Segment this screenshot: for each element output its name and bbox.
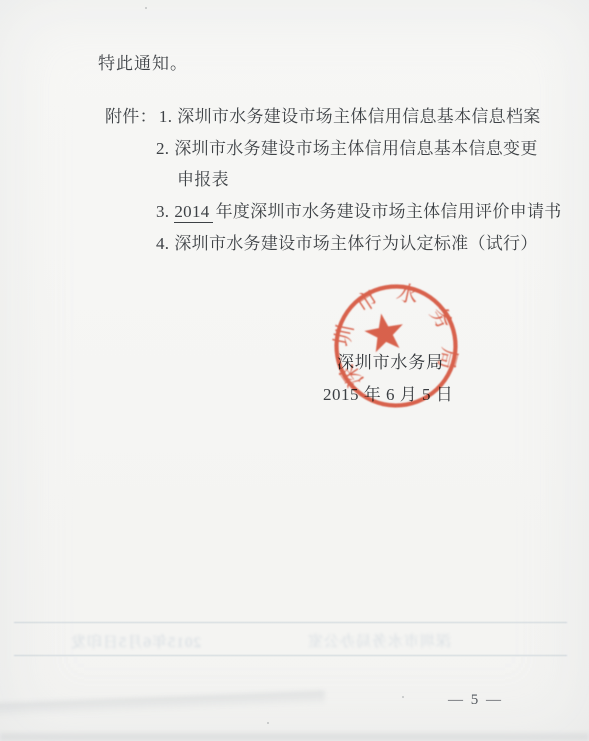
- seal-arc-text: 深圳市水务局: [321, 272, 465, 393]
- signature-org: 深圳市水务局: [337, 348, 444, 373]
- svg-text:深圳市水务局: 深圳市水务局: [321, 272, 465, 393]
- scan-speck: [267, 722, 269, 724]
- page-number: — 5 —: [448, 692, 503, 709]
- attachment-3-underlined-year: 2014: [174, 202, 212, 223]
- bleedthrough-rule-bottom: [14, 655, 567, 656]
- star-icon: [362, 310, 407, 353]
- scan-speck: [145, 7, 147, 9]
- attachment-row-1: 附件：1.深圳市水务建设市场主体信用信息基本信息档案: [105, 106, 541, 127]
- attachment-3-number: 3.: [156, 202, 169, 221]
- bleedthrough-text-left: 2015年6月5日印发: [70, 631, 201, 652]
- attachment-1-text: 深圳市水务建设市场主体信用信息基本信息档案: [177, 107, 540, 126]
- attachment-2-number: 2.: [156, 139, 169, 158]
- attachment-row-2-wrap: 申报表: [177, 169, 229, 190]
- scan-shadow-bottom-left: [0, 691, 325, 719]
- attachment-4-number: 4.: [156, 234, 169, 253]
- scan-edge-bottom: [0, 733, 589, 741]
- attachment-3-text: 年度深圳市水务建设市场主体信用评价申请书: [216, 202, 562, 221]
- attachment-row-2: 2.深圳市水务建设市场主体信用信息基本信息变更: [156, 138, 538, 159]
- attachment-2-text-line1: 深圳市水务建设市场主体信用信息基本信息变更: [174, 139, 537, 158]
- bleedthrough-rule-top: [14, 622, 567, 623]
- signature-date: 2015 年 6 月 5 日: [323, 380, 453, 405]
- scan-speck: [402, 696, 404, 698]
- bleedthrough-text-right: 深圳市水务局办公室: [307, 630, 451, 651]
- document-page: 特此通知。 附件：1.深圳市水务建设市场主体信用信息基本信息档案 2.深圳市水务…: [0, 0, 589, 741]
- attachments-label: 附件：: [105, 107, 157, 126]
- attachment-2-text-line2: 申报表: [177, 170, 229, 189]
- notice-line: 特此通知。: [98, 49, 188, 74]
- attachment-1-number: 1.: [159, 107, 172, 126]
- attachment-row-4: 4.深圳市水务建设市场主体行为认定标准（试行）: [156, 233, 538, 254]
- attachment-row-3: 3.2014年度深圳市水务建设市场主体信用评价申请书: [156, 201, 562, 222]
- attachment-4-text: 深圳市水务建设市场主体行为认定标准（试行）: [174, 234, 537, 253]
